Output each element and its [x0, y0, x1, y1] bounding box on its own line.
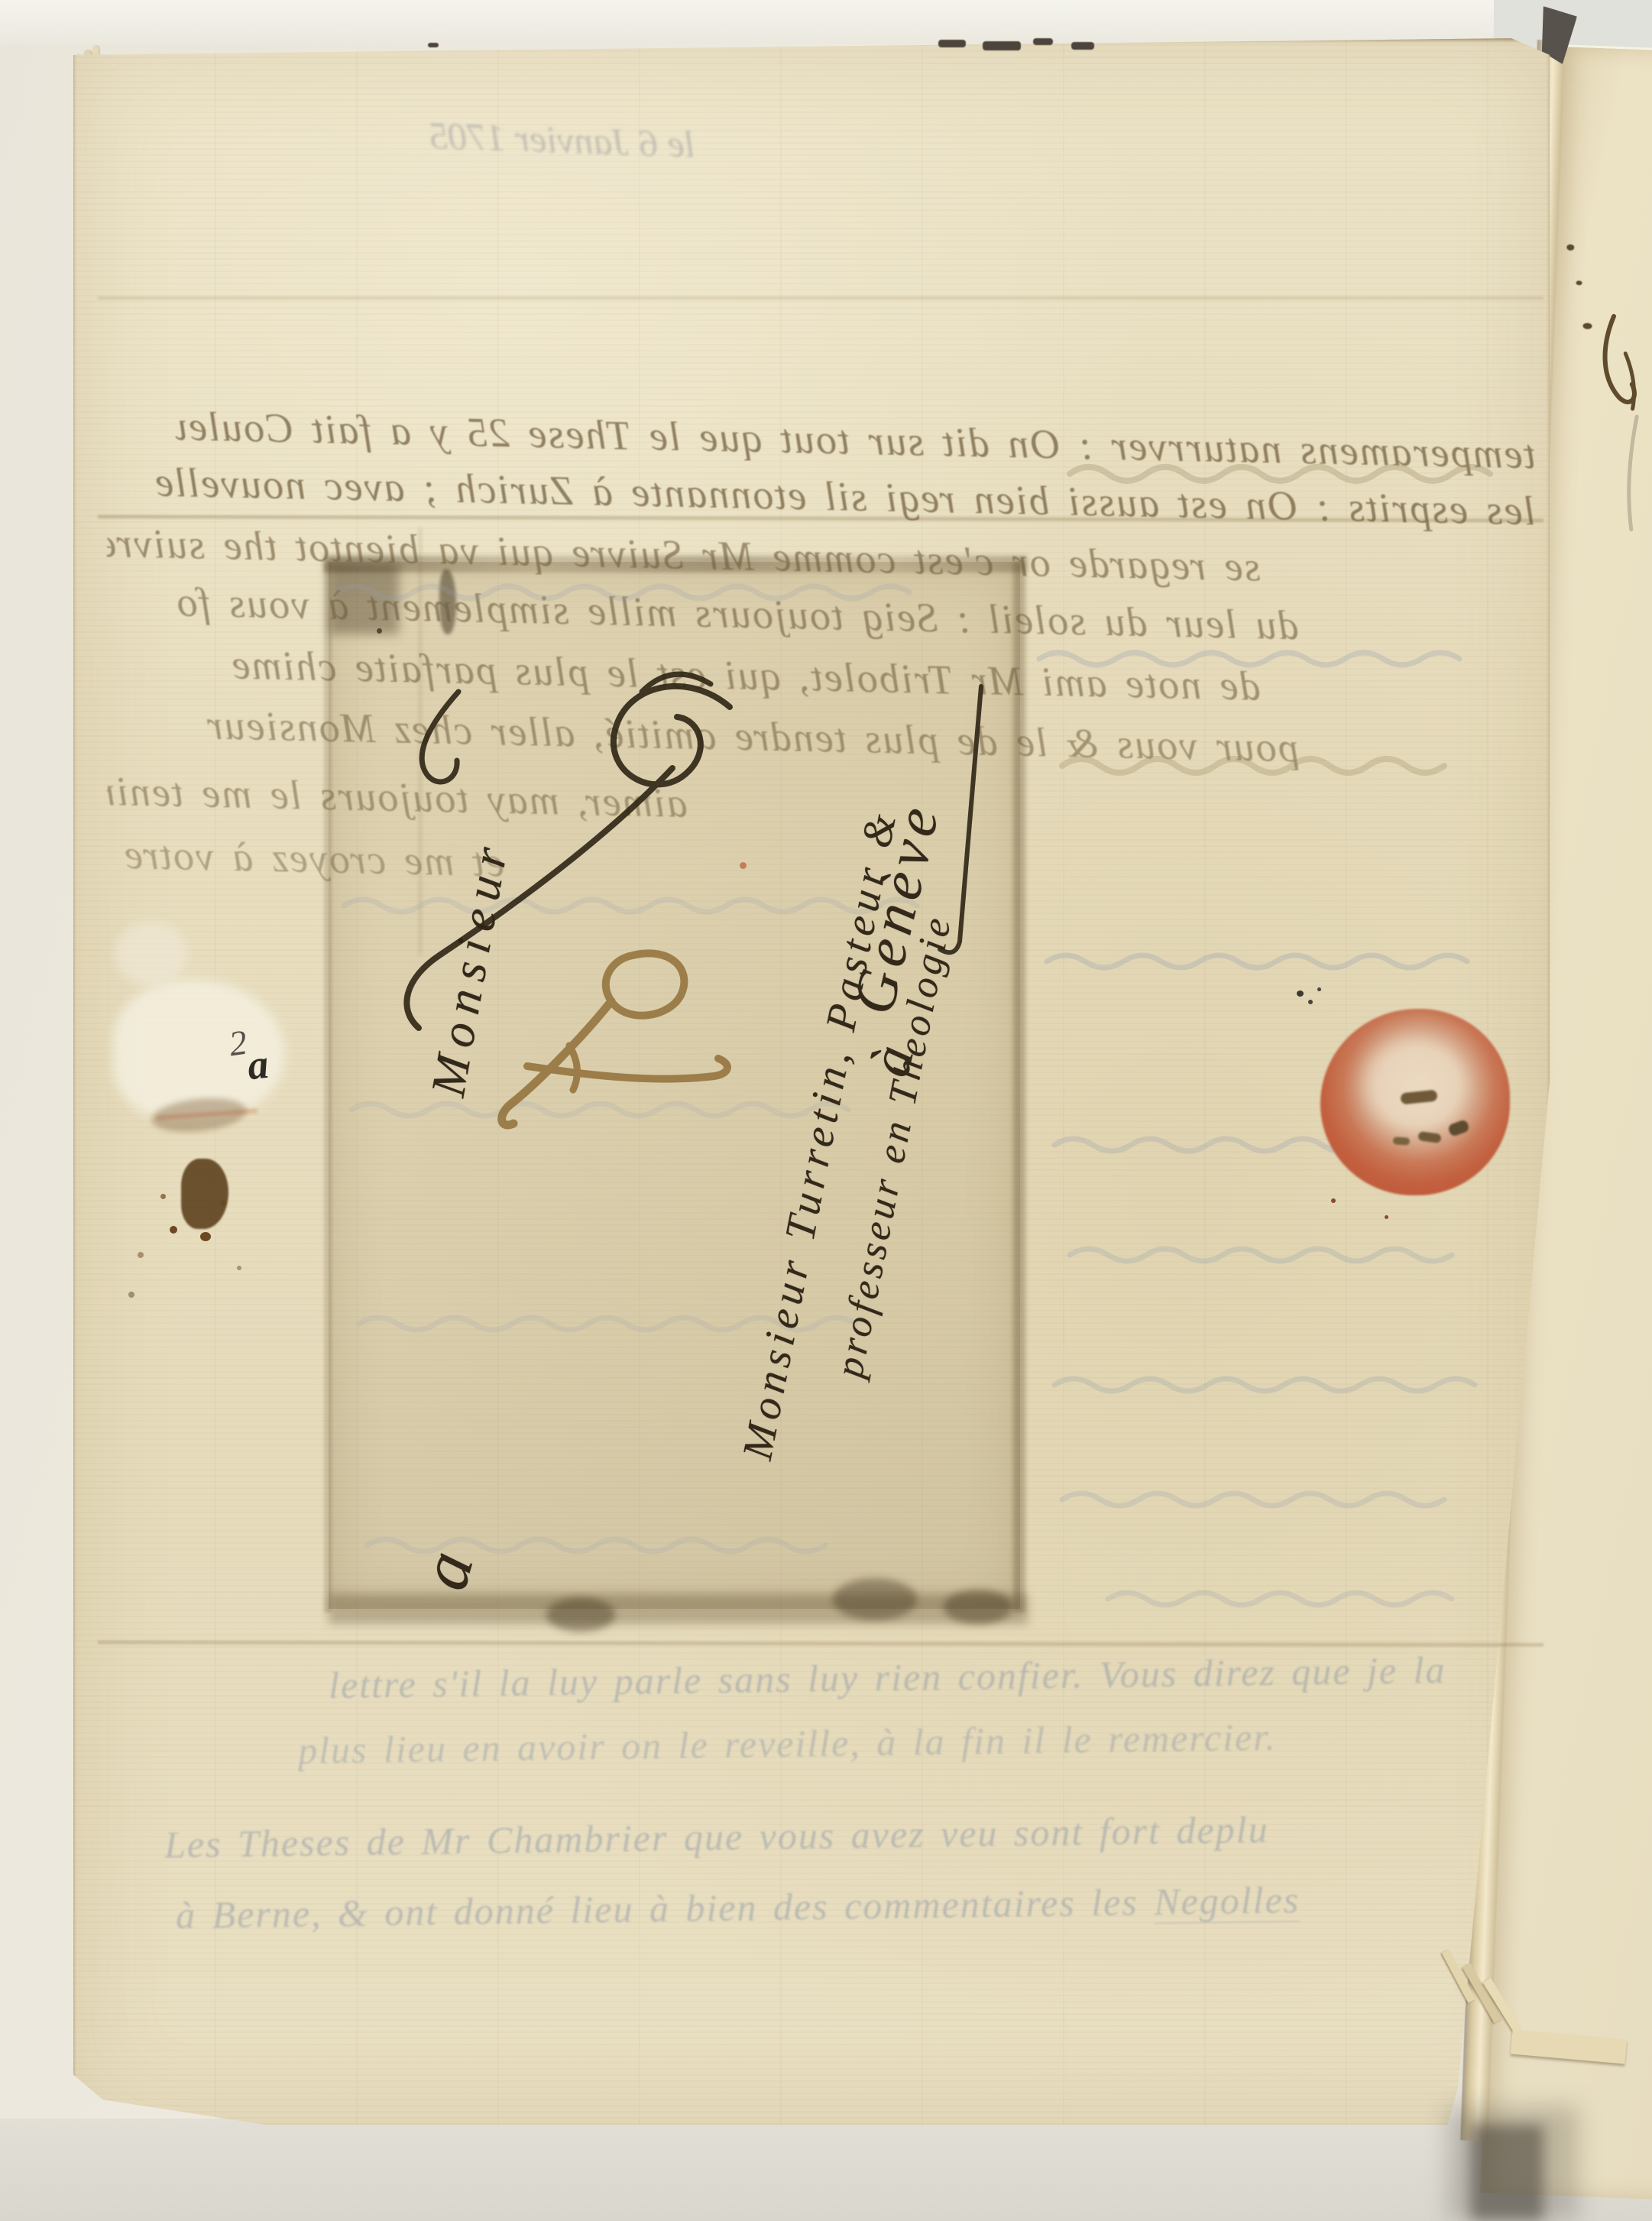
edge-speck: [428, 43, 439, 47]
pencil-date-inscription: le 6 Janvier 1705: [267, 107, 696, 167]
edge-speck: [1033, 38, 1053, 45]
blot-satellite: [138, 1252, 144, 1258]
ghost-line-top: et me croyez à votre service: [106, 831, 504, 887]
fold-crease-horizontal: [98, 1640, 1543, 1646]
bottom-right-shadow: [1471, 2125, 1543, 2221]
seal-paper-remnant: [1365, 1038, 1467, 1131]
fore-edge-strip: [1511, 2030, 1627, 2064]
speck: [740, 862, 747, 869]
wax-speck: [1331, 1198, 1336, 1203]
ghost-underlined-word: Negolles: [1154, 1878, 1301, 1925]
dark-speck-cluster: [1317, 987, 1321, 991]
ghost-line-bottom: Les Theses de Mr Chambrier que vous avez…: [164, 1804, 1525, 1867]
edge-speck: [1071, 42, 1094, 50]
edge-speck: [938, 40, 966, 47]
wax-speck: [1385, 1215, 1388, 1219]
dark-speck-cluster: [1308, 1000, 1313, 1004]
wax-seal: [1320, 1009, 1510, 1195]
seal-dark-speck: [1393, 1136, 1411, 1146]
brown-ink-blot: [181, 1159, 228, 1229]
paper-repair-patch: [115, 922, 187, 986]
speck: [128, 1292, 134, 1298]
scanned-letter-page: temperamens naturrver : On dit sur tout …: [0, 0, 1652, 2221]
blot-satellite: [160, 1194, 166, 1199]
soot-smudge: [833, 1578, 917, 1620]
page-artwork-layer: temperamens naturrver : On dit sur tout …: [0, 0, 1652, 2221]
blot-satellite: [237, 1266, 241, 1270]
speck: [377, 628, 382, 634]
seal-dark-speck: [1447, 1119, 1470, 1137]
blot-satellite: [200, 1232, 211, 1241]
ghost-line-bottom: plus lieu en avoir on le reveille, à la …: [298, 1714, 1307, 1772]
seal-dark-speck: [1417, 1131, 1441, 1143]
dark-speck-cluster: [1297, 991, 1304, 997]
blot-satellite: [170, 1226, 177, 1234]
ghost-line-bottom: lettre s'il la luy parle sans luy rien c…: [329, 1646, 1521, 1707]
edge-speck: [983, 41, 1021, 50]
soot-smudge: [944, 1590, 1012, 1624]
ghost-line-bottom-text: à Berne, & ont donné lieu à bien des com…: [176, 1880, 1139, 1937]
soot-smudge: [546, 1597, 615, 1632]
fold-crease-horizontal: [98, 297, 1543, 300]
ghost-line-bottom: à Berne, & ont donné lieu à bien des com…: [176, 1875, 1475, 1937]
panel-edge-smudge-bottom: [329, 1594, 1028, 1624]
blot-satellite: [220, 1200, 226, 1206]
